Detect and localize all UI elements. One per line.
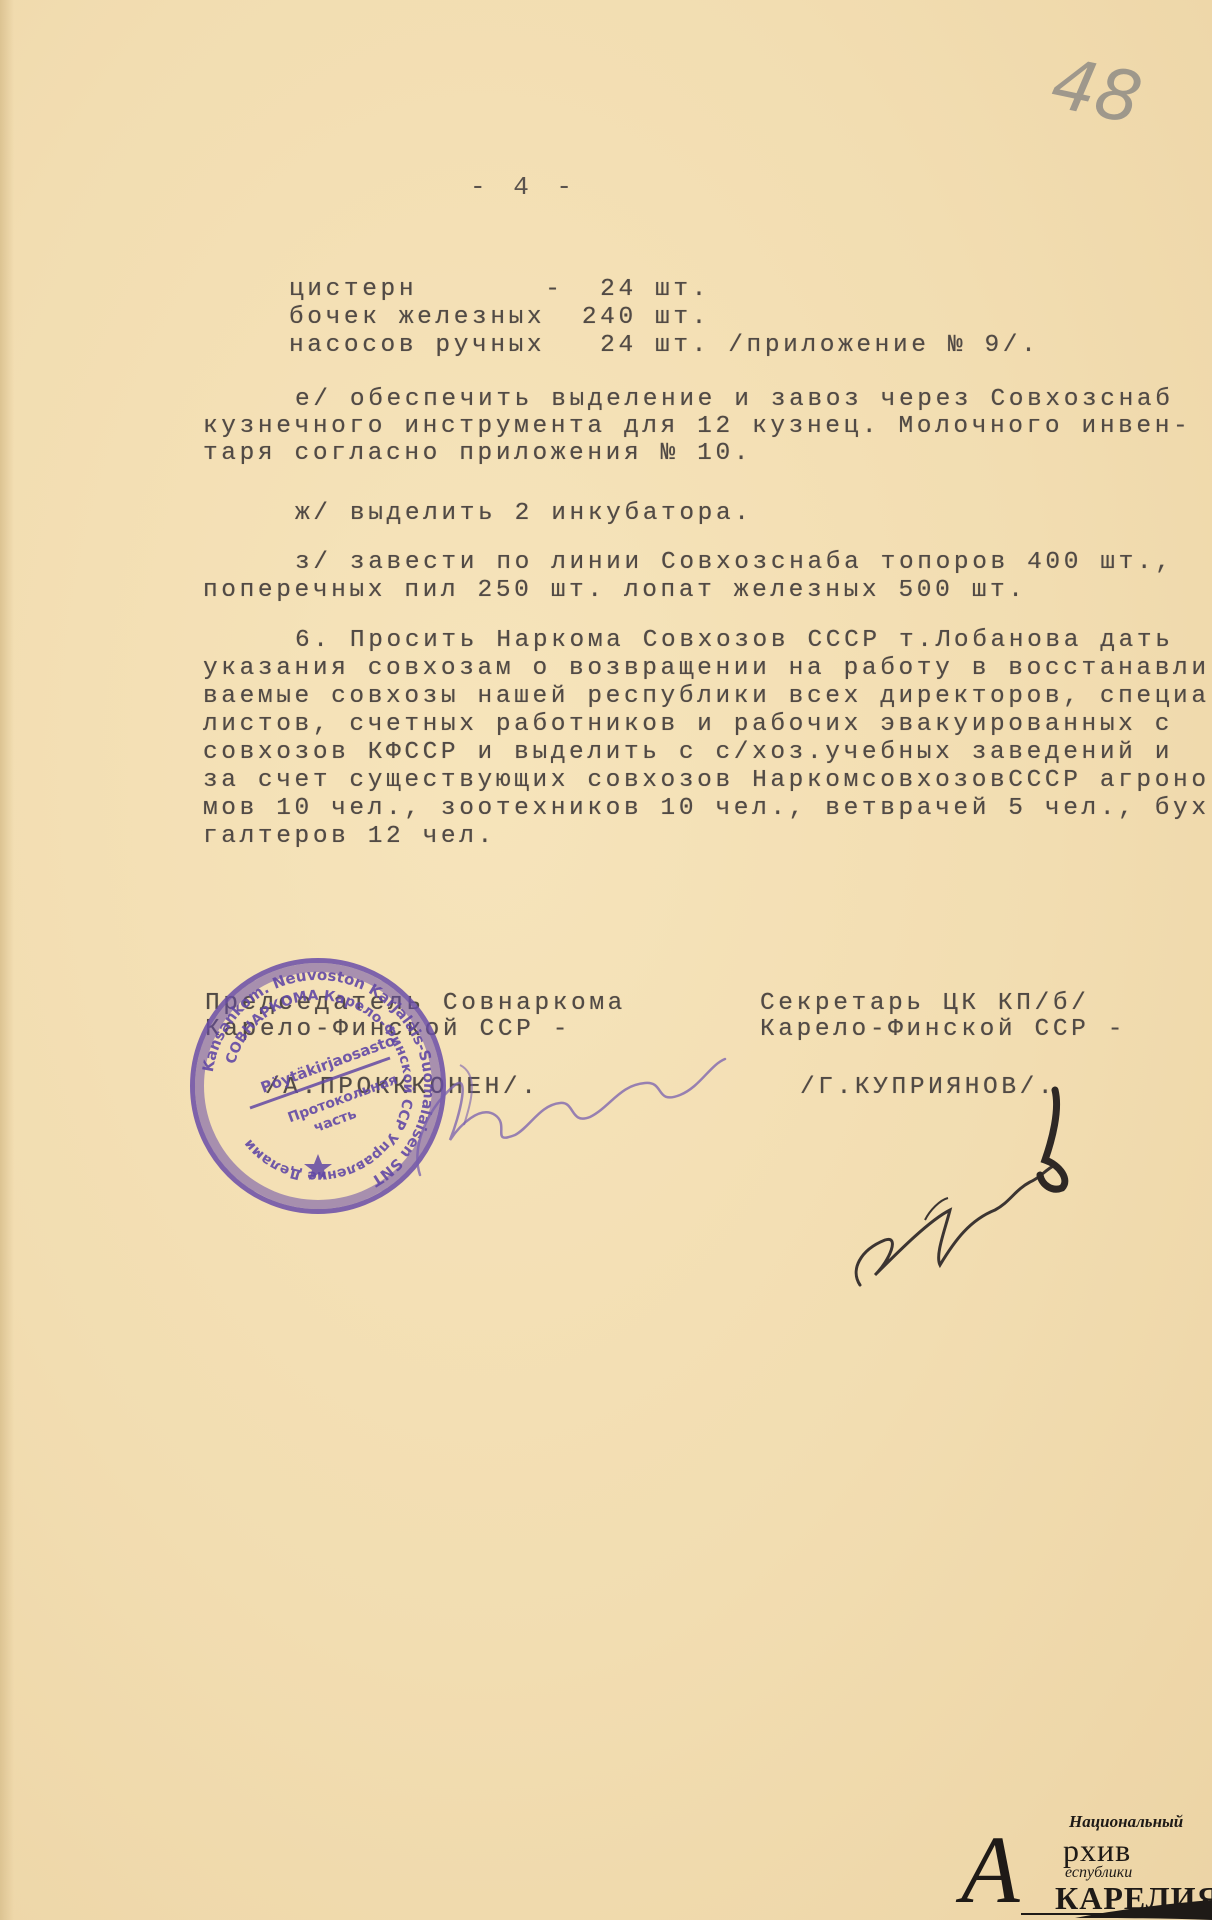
para-6-line-6: за счет существующих совхозов Наркомсовх… <box>203 767 1212 795</box>
para-e-line-1: е/ обеспечить выделение и завоз через Со… <box>295 386 1174 414</box>
quill-feather-icon <box>1075 1900 1212 1920</box>
para-6-line-3: ваемые совхозы нашей республики всех дир… <box>203 683 1212 711</box>
para-6-line-7: мов 10 чел., зоотехников 10 чел., ветвра… <box>203 795 1212 823</box>
logo-initial-a: А <box>961 1822 1020 1918</box>
para-e-line-2: кузнечного инструмента для 12 кузнец. Мо… <box>203 413 1191 441</box>
para-e-line-3: таря согласно приложения № 10. <box>203 440 752 468</box>
para-6-line-5: совхозов КФССР и выделить с с/хоз.учебны… <box>203 739 1173 767</box>
right-handwritten-signature-icon <box>830 1070 1090 1300</box>
right-signatory-title-1: Секретарь ЦК КП/б/ <box>760 990 1089 1018</box>
list-line-cisterns: цистерн - 24 шт. <box>289 276 710 304</box>
pencil-sheet-number: 48 <box>1044 42 1148 141</box>
left-handwritten-signature-icon <box>400 1045 730 1185</box>
para-6-line-4: листов, счетных работников и рабочих эва… <box>203 711 1173 739</box>
national-archive-karelia-logo: А Национальный рхив еспублики КАРЕЛИЯ <box>955 1800 1212 1920</box>
list-line-pumps: насосов ручных 24 шт. /приложение № 9/. <box>289 332 1039 360</box>
paper-edge-shadow <box>0 0 14 1920</box>
para-6-line-8: галтеров 12 чел. <box>203 823 496 851</box>
logo-line-national: Национальный <box>1069 1812 1183 1832</box>
para-6-line-2: указания совхозам о возвращении на работ… <box>203 655 1212 683</box>
archival-document-page: 48 - 4 - цистерн - 24 шт. бочек железных… <box>0 0 1212 1920</box>
para-zh-line-1: ж/ выделить 2 инкубатора. <box>295 500 753 528</box>
right-signatory-title-2: Карело-Финской ССР - <box>760 1016 1126 1044</box>
list-line-barrels: бочек железных 240 шт. <box>289 304 710 332</box>
page-number: - 4 - <box>470 172 578 202</box>
para-z-line-2: поперечных пил 250 шт. лопат железных 50… <box>203 577 1027 605</box>
para-z-line-1: з/ завести по линии Совхозснаба топоров … <box>295 549 1174 577</box>
para-6-line-1: 6. Просить Наркома Совхозов СССР т.Лобан… <box>295 627 1174 655</box>
